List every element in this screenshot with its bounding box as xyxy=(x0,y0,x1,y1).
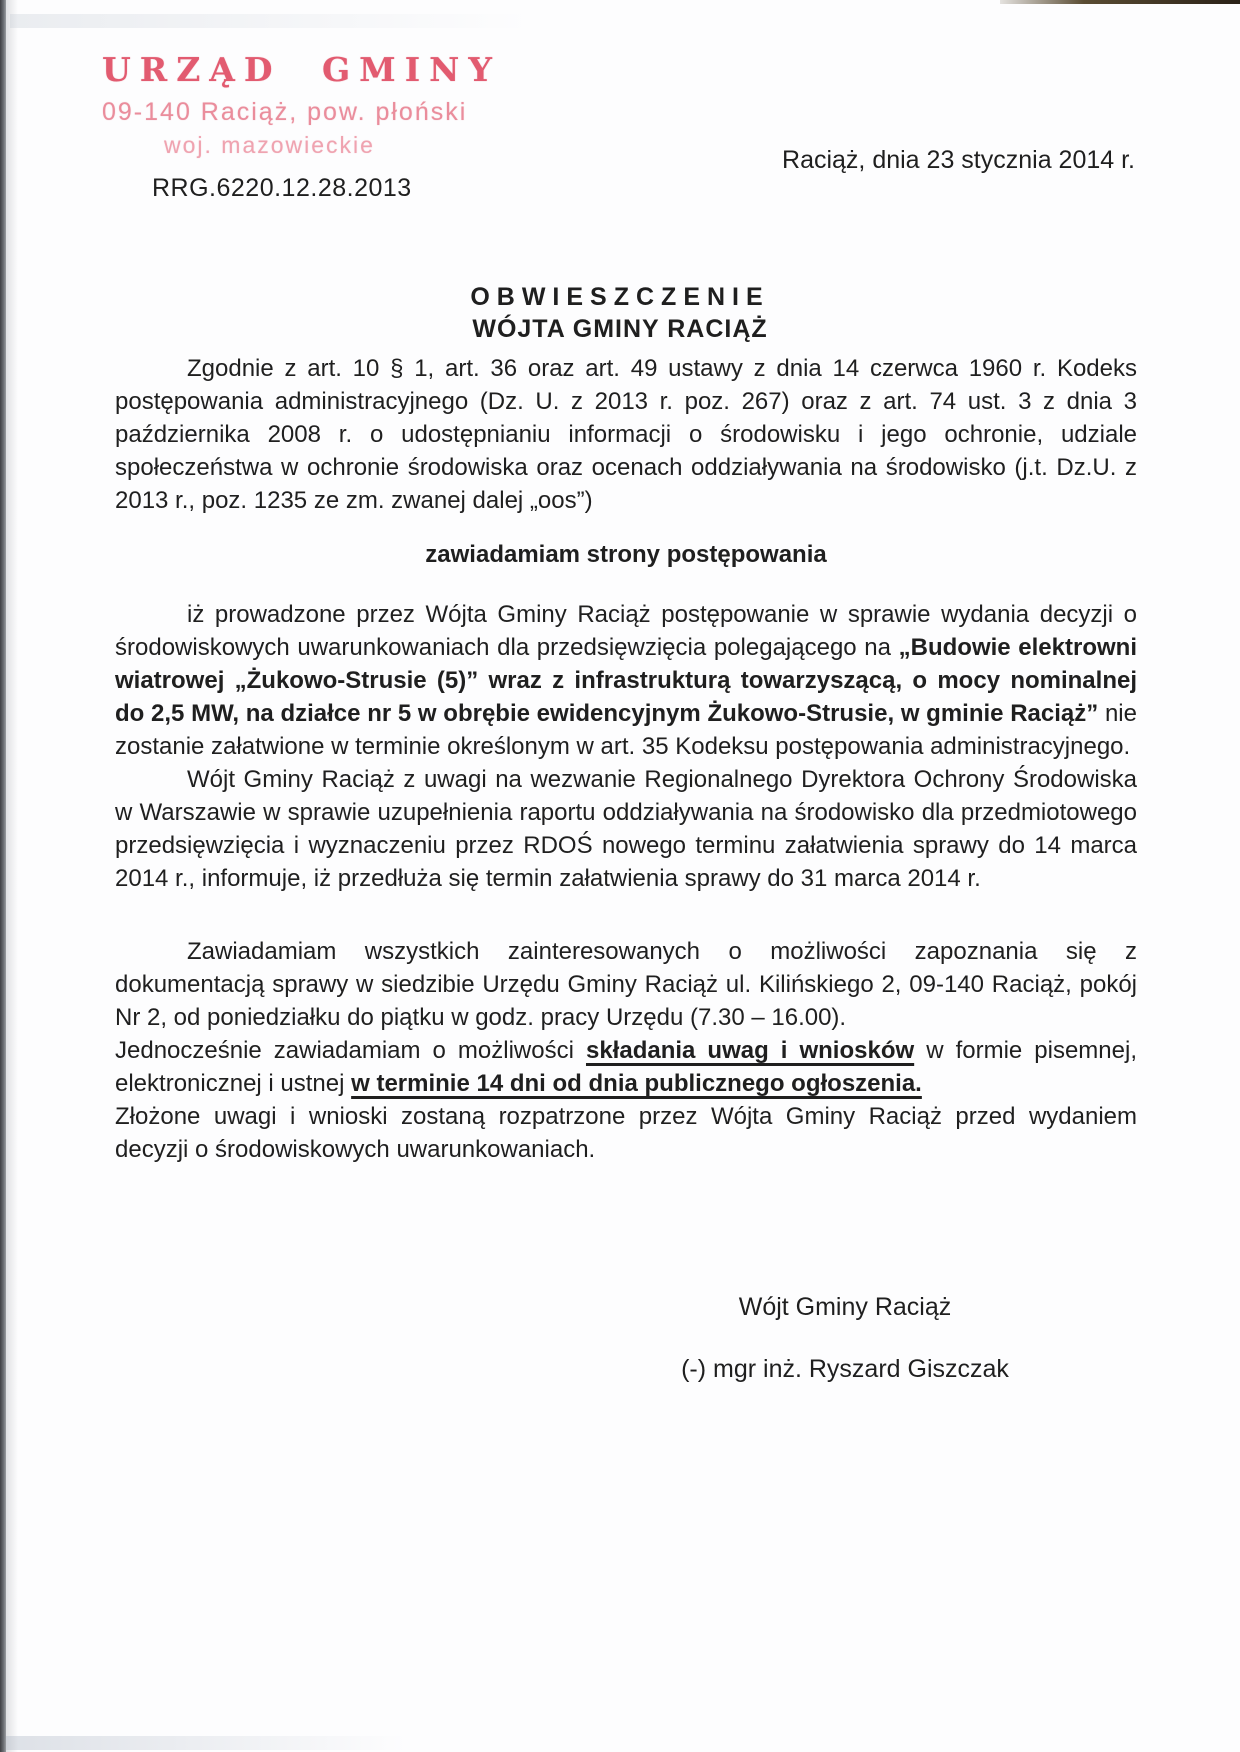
signatory-name: (-) mgr inż. Ryszard Giszczak xyxy=(620,1354,1070,1384)
notice-operative-heading: zawiadamiam strony postępowania xyxy=(115,538,1137,571)
stamp-address-line: 09-140 Raciąż, pow. płoński xyxy=(102,98,501,127)
case-reference-number: RRG.6220.12.28.2013 xyxy=(152,174,412,203)
paragraph-comments-handling: Złożone uwagi i wnioski zostaną rozpatrz… xyxy=(115,1100,1137,1166)
signature-block: Wójt Gminy Raciąż (-) mgr inż. Ryszard G… xyxy=(620,1292,1070,1384)
stamp-voivodeship-line: woj. mazowieckie xyxy=(164,132,501,159)
paragraph-deadline-extension: Wójt Gminy Raciąż z uwagi na wezwanie Re… xyxy=(115,763,1137,895)
scan-left-edge-shadow xyxy=(6,0,18,1752)
scan-top-edge-artifact xyxy=(1000,0,1240,4)
title-issuing-authority: WÓJTA GMINY RACIĄŻ xyxy=(0,315,1240,344)
office-stamp: URZĄD GMINY 09-140 Raciąż, pow. płoński … xyxy=(102,50,501,159)
place-and-date-line: Raciąż, dnia 23 stycznia 2014 r. xyxy=(782,146,1135,175)
scan-smudge-bottom xyxy=(6,1736,406,1750)
paragraph-case-description: iż prowadzone przez Wójta Gminy Raciąż p… xyxy=(115,598,1137,763)
paragraph-file-access-info: Zawiadamiam wszystkich zainteresowanych … xyxy=(115,935,1137,1034)
comments-deadline-underlined: w terminie 14 dni od dnia publicznego og… xyxy=(351,1070,922,1097)
title-notice-word: OBWIESZCZENIE xyxy=(0,283,1240,312)
document-body: Zgodnie z art. 10 § 1, art. 36 oraz art.… xyxy=(115,352,1137,1166)
scanned-document-page: URZĄD GMINY 09-140 Raciąż, pow. płoński … xyxy=(0,0,1240,1752)
document-title: OBWIESZCZENIE WÓJTA GMINY RACIĄŻ xyxy=(0,283,1240,344)
comments-underlined-phrase: składania uwag i wniosków xyxy=(586,1037,914,1064)
comments-intro: Jednocześnie zawiadamiam o możliwości xyxy=(115,1037,586,1064)
stamp-office-name: URZĄD GMINY xyxy=(102,50,501,89)
signatory-title: Wójt Gminy Raciąż xyxy=(620,1292,1070,1322)
paragraph-legal-basis: Zgodnie z art. 10 § 1, art. 36 oraz art.… xyxy=(115,352,1137,517)
scan-smudge-top xyxy=(10,14,530,28)
paragraph-comments-submission: Jednocześnie zawiadamiam o możliwości sk… xyxy=(115,1034,1137,1100)
